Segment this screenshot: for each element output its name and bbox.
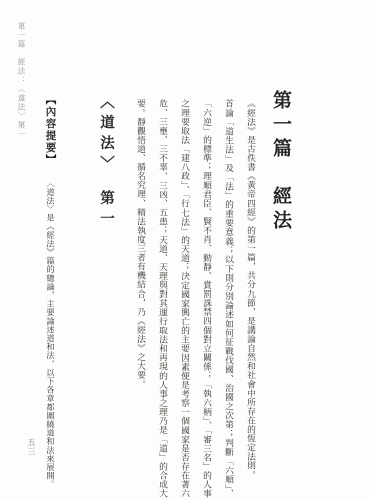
- chapter-title: 〈道法〉 第一: [96, 94, 117, 231]
- intro-text: 《經法》是古佚書《黃帝四經》的第一篇，共分九節，是講論自然和社會中所存在的恆定法…: [130, 99, 262, 498]
- part-name: 經法: [267, 186, 294, 234]
- content-summary-text: 〈道法〉是《經法》篇的總論，主要論述道和法，以下各章都圍繞道和法來展開。: [42, 179, 58, 489]
- intro-paragraph-2: 首論「道生法」及「法」的重要意義；以下則分別論述如何征戰伐國、治國之次第；判斷「…: [130, 99, 240, 498]
- content-summary-label: 【內容提要】: [43, 94, 58, 166]
- part-title: 第一篇 經法: [267, 90, 294, 234]
- chapter-name: 〈道法〉: [96, 94, 117, 176]
- chapter-number: 第一: [96, 190, 117, 231]
- page-number: 五三: [26, 438, 37, 456]
- content-summary: 【內容提要】 〈道法〉是《經法》篇的總論，主要論述道和法，以下各章都圍繞道和法來…: [42, 94, 58, 489]
- running-header: 第一篇 經法：〈道法〉第一: [16, 22, 27, 139]
- part-number: 第一篇: [267, 90, 294, 162]
- book-page: 第一篇 經法：〈道法〉第一 第一篇 經法 《經法》是古佚書《黃帝四經》的第一篇，…: [0, 0, 369, 500]
- intro-paragraph-1: 《經法》是古佚書《黃帝四經》的第一篇，共分九節，是講論自然和社會中所存在的恆定法…: [240, 99, 262, 498]
